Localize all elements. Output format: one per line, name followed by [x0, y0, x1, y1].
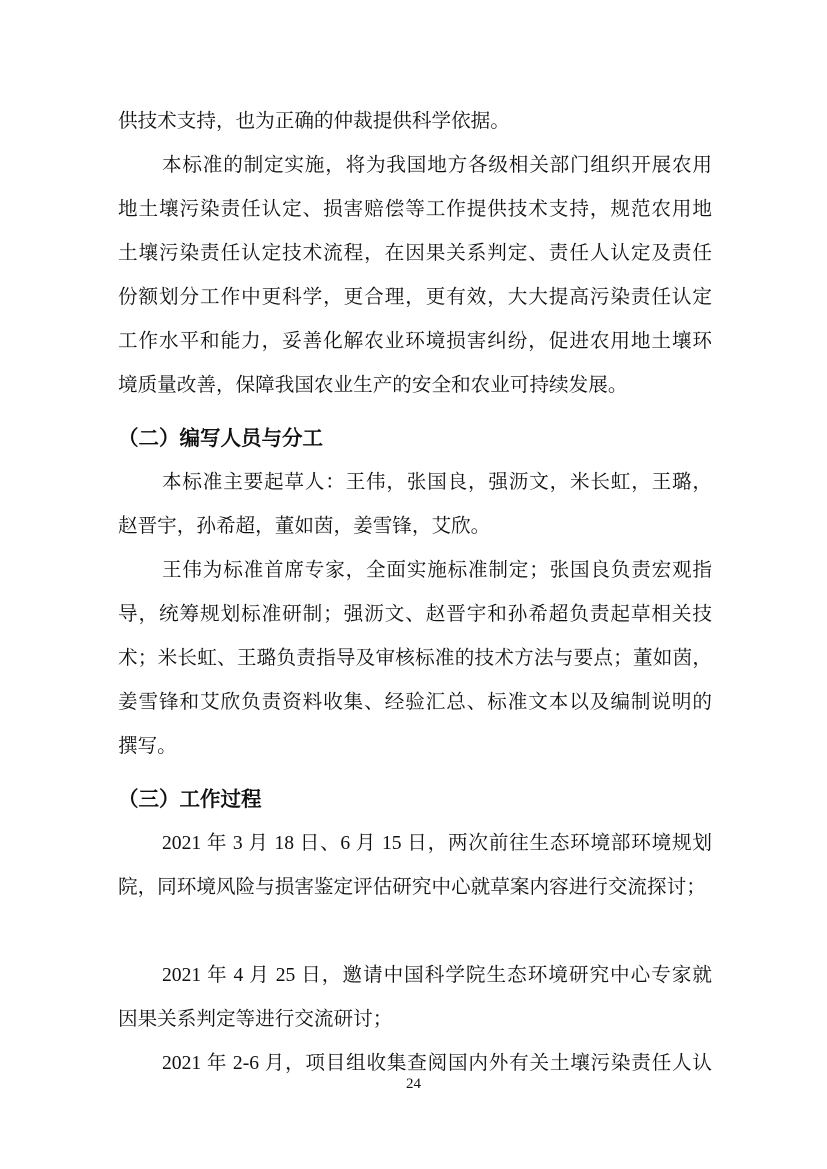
text-line: 境质量改善，保障我国农业生产的安全和农业可持续发展。 — [118, 364, 712, 408]
text-line: 2021 年 3 月 18 日、6 月 15 日，两次前往生态环境部环境规划 — [118, 822, 712, 866]
section-heading: （三）工作过程 — [118, 778, 712, 822]
text-line: 赵晋宇，孙希超，董如茵，姜雪锋，艾欣。 — [118, 505, 712, 549]
text-line: 2021 年 4 月 25 日，邀请中国科学院生态环境研究中心专家就 — [118, 954, 712, 998]
section-heading: （二）编写人员与分工 — [118, 417, 712, 461]
blank-line — [118, 910, 712, 954]
text-line: 王伟为标准首席专家，全面实施标准制定；张国良负责宏观指 — [118, 549, 712, 593]
text-line: 地土壤污染责任认定、损害赔偿等工作提供技术支持，规范农用地 — [118, 188, 712, 232]
document-body: 供技术支持，也为正确的仲裁提供科学依据。本标准的制定实施，将为我国地方各级相关部… — [118, 100, 712, 1086]
text-line: 供技术支持，也为正确的仲裁提供科学依据。 — [118, 100, 712, 144]
text-line: 导，统筹规划标准研制；强沥文、赵晋宇和孙希超负责起草相关技 — [118, 593, 712, 637]
text-line: 工作水平和能力，妥善化解农业环境损害纠纷，促进农用地土壤环 — [118, 320, 712, 364]
page-footer: 24 — [0, 1076, 827, 1093]
text-line: 院，同环境风险与损害鉴定评估研究中心就草案内容进行交流探讨； — [118, 866, 712, 910]
text-line: 术；米长虹、王璐负责指导及审核标准的技术方法与要点；董如茵， — [118, 637, 712, 681]
page-number: 24 — [406, 1076, 421, 1092]
text-line: 份额划分工作中更科学，更合理，更有效，大大提高污染责任认定 — [118, 276, 712, 320]
text-line: 撰写。 — [118, 725, 712, 769]
text-line: 本标准的制定实施，将为我国地方各级相关部门组织开展农用 — [118, 144, 712, 188]
text-line: 姜雪锋和艾欣负责资料收集、经验汇总、标准文本以及编制说明的 — [118, 681, 712, 725]
document-page: 供技术支持，也为正确的仲裁提供科学依据。本标准的制定实施，将为我国地方各级相关部… — [0, 0, 827, 1169]
text-line: 土壤污染责任认定技术流程，在因果关系判定、责任人认定及责任 — [118, 232, 712, 276]
text-line: 本标准主要起草人：王伟，张国良，强沥文，米长虹，王璐， — [118, 461, 712, 505]
text-line: 因果关系判定等进行交流研讨； — [118, 998, 712, 1042]
